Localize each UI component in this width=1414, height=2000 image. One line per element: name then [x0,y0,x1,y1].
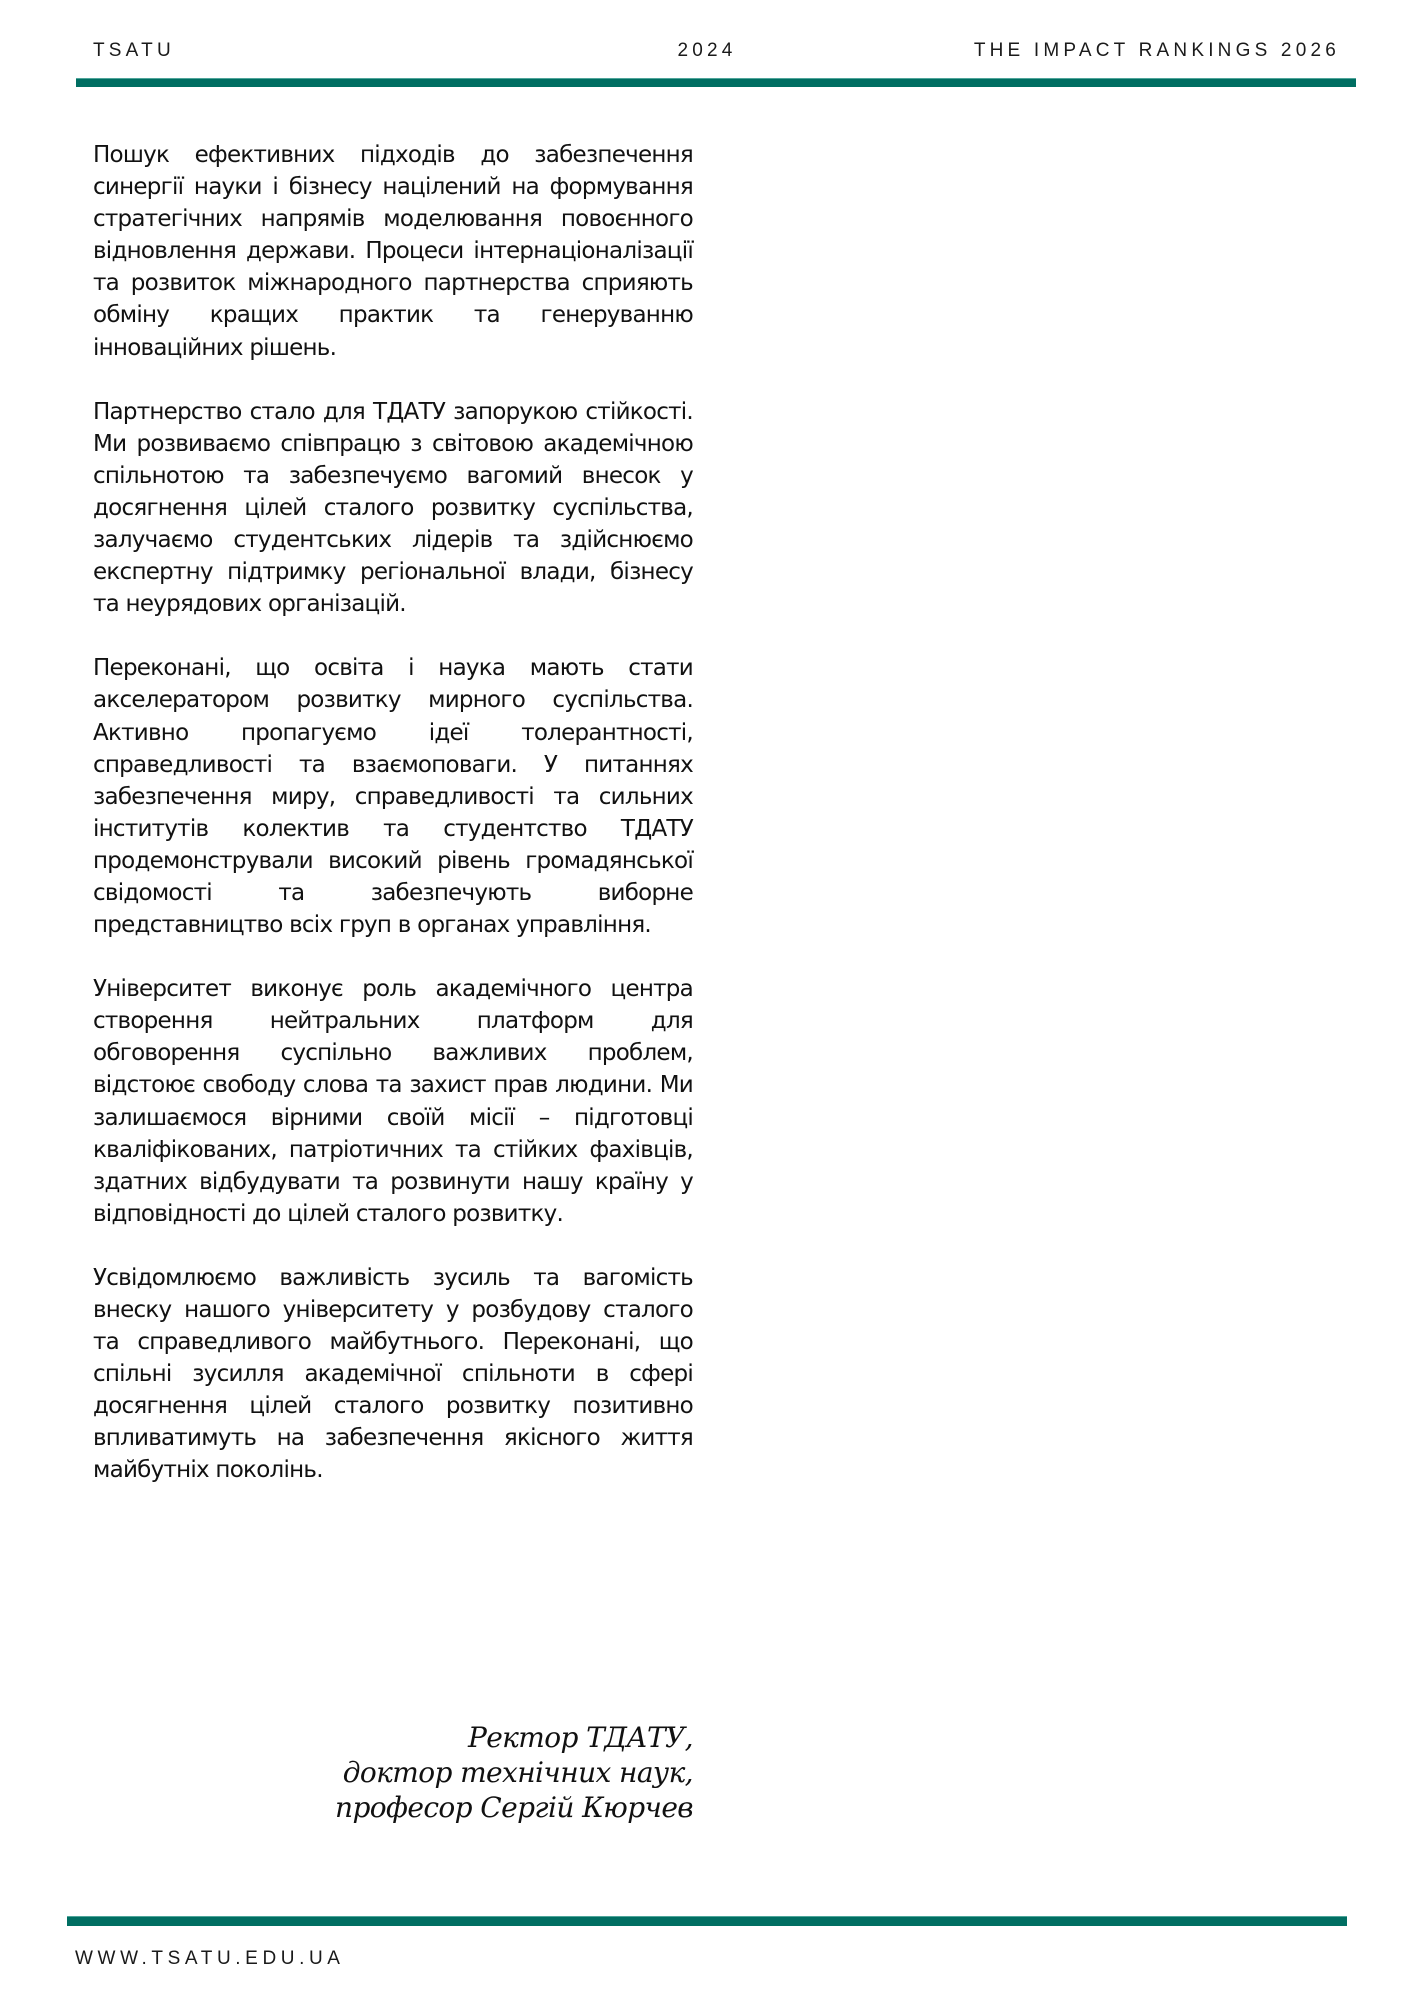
signature-degree: доктор технічних наук, [93,1755,693,1790]
signature-block: Ректор ТДАТУ, доктор технічних наук, про… [93,1720,693,1825]
paragraph: Пошук ефективних підходів до забезпеченн… [93,139,693,364]
header-divider [76,79,1356,87]
paragraph: Усвідомлюємо важливість зусиль та вагомі… [93,1262,693,1487]
footer-divider [67,1917,1347,1926]
footer-website-link[interactable]: WWW.TSATU.EDU.UA [75,1948,345,1970]
paragraph: Переконані, що освіта і наука мають стат… [93,652,693,941]
letter-body: Пошук ефективних підходів до забезпеченн… [93,139,693,1519]
paragraph: Партнерство стало для ТДАТУ запорукою ст… [93,396,693,621]
signature-name: професор Сергій Кюрчев [93,1790,693,1825]
paragraph: Університет виконує роль академічного це… [93,973,693,1230]
signature-title: Ректор ТДАТУ, [93,1720,693,1755]
header-publication-title: THE IMPACT RANKINGS 2026 [974,40,1340,62]
